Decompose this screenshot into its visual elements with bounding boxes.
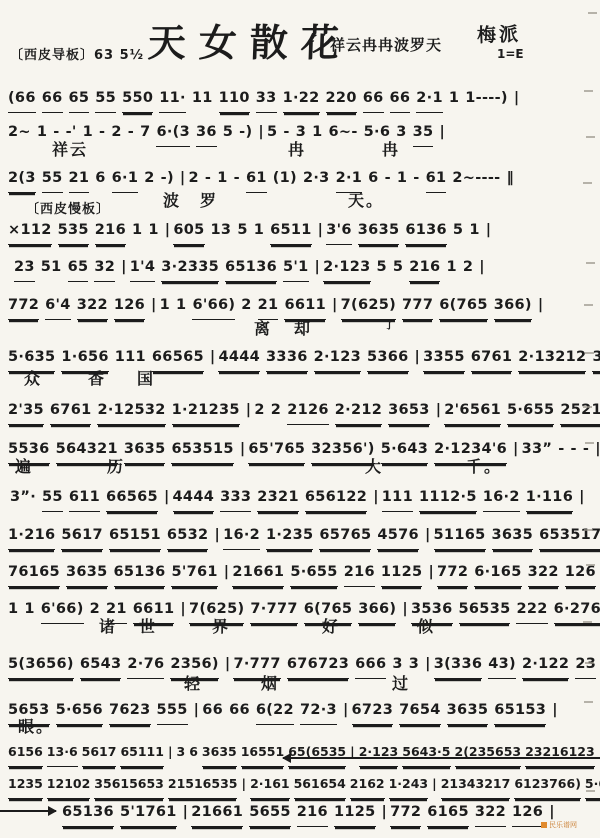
note-group: 550 <box>122 86 153 113</box>
notation-line: 2(3552166·12-)|2-1-61(1)2·32·16-1-612~--… <box>8 166 517 193</box>
note-group: 6123766) <box>514 772 581 799</box>
note-group: 6532 <box>167 523 209 550</box>
note: 6 <box>95 166 105 192</box>
note-group: 5·655 <box>585 772 600 799</box>
note-group: 1125 <box>334 800 376 827</box>
note-group: 3653 <box>388 398 430 425</box>
lyric-char: 过 <box>392 671 410 694</box>
note-group: 2·13212 <box>518 345 586 372</box>
note-group: 65136 <box>225 255 277 282</box>
note-group: 3336 <box>266 345 308 372</box>
notation-line: 761653635651365'761|216615·6552161125|77… <box>8 560 600 587</box>
note-group: 1'4 <box>130 255 156 282</box>
notation-line: 651365'1761|2166156552161125|77261653221… <box>62 800 558 827</box>
note-group: 216 <box>297 800 328 827</box>
lyric-char: 罗 <box>200 188 218 211</box>
note: - <box>583 437 589 463</box>
note: - <box>413 166 419 192</box>
lyric-char: 天。 <box>348 188 384 211</box>
note-group: 66 <box>390 86 411 113</box>
scan-artifact <box>584 304 593 306</box>
barline: | <box>183 800 189 826</box>
barline: | <box>241 772 246 798</box>
note-group: 66565 <box>152 345 204 372</box>
note: 5 <box>267 120 277 146</box>
note-group: 366) <box>494 293 532 320</box>
note: 1 <box>24 597 34 623</box>
lyric-char: 国 <box>137 366 155 389</box>
scan-artifact <box>586 564 595 566</box>
note-group: 3(336 <box>434 652 482 679</box>
barline: | <box>436 398 442 424</box>
note-group: 1112·5 <box>419 485 477 512</box>
note: 1 <box>160 293 170 319</box>
note-group: 65 <box>68 255 89 282</box>
note-group: 23216123 <box>525 740 595 767</box>
note: 33” <box>522 437 553 463</box>
barline: | <box>318 218 324 244</box>
note: 11 <box>192 86 213 112</box>
note-group: 55 <box>42 485 63 512</box>
barline: | <box>240 437 246 463</box>
note-group: 535 <box>58 218 89 245</box>
note-group: 3635 <box>124 437 166 464</box>
barline: | <box>402 597 408 623</box>
note-group: 322 <box>475 800 506 827</box>
note-group: 4576 <box>377 523 419 550</box>
note-group: 322 <box>528 560 559 587</box>
note-group: 2·122 <box>522 652 569 679</box>
barline: | <box>164 485 170 511</box>
lyric-char: 祥云 <box>52 137 88 160</box>
lyric-char: 界 <box>212 614 230 637</box>
lyric-char: 眼。 <box>18 714 54 737</box>
barline: | <box>538 293 544 319</box>
note-group: 216 <box>409 255 440 282</box>
barline: | <box>168 740 173 766</box>
arrow-right <box>0 810 56 812</box>
barline: | <box>194 698 200 724</box>
note: 2 <box>189 166 199 192</box>
note-group: 2(3 <box>8 166 36 193</box>
note-group: 5366 <box>367 345 409 372</box>
note-group: 2162 <box>350 772 385 799</box>
note-group: 6761 <box>50 398 92 425</box>
note: 1 <box>312 120 322 146</box>
notation-line: 7726'4322126|116'66)2216611|7(625)7776(7… <box>8 293 546 320</box>
note-group: 6·165 <box>474 560 521 587</box>
note-group: 2(235653 <box>455 740 522 767</box>
note-group: 5617 <box>61 523 103 550</box>
note-group: 220 <box>326 86 357 113</box>
note-group: 7654 <box>399 698 441 725</box>
note-group: 656122 <box>305 485 367 512</box>
notation-line: 1·2165617651516532|16·21·235657654576|51… <box>8 523 600 550</box>
note-group: 5·656 <box>56 698 103 725</box>
note: 7 <box>140 120 150 146</box>
scan-artifact <box>583 182 592 184</box>
note-group: 51165 <box>434 523 486 550</box>
note: 3”· <box>10 485 36 511</box>
barline: | <box>425 652 431 678</box>
note-group: 6(765 <box>439 293 487 320</box>
note-group: 3635 <box>492 523 534 550</box>
key-signature: 1=E <box>497 47 524 61</box>
note-group: 21661 <box>232 560 284 587</box>
note-group: 2·123 <box>314 345 361 372</box>
note-group: 6'66) <box>192 293 235 320</box>
scan-artifact <box>585 442 594 444</box>
lyric-char: 波 <box>163 188 181 211</box>
notation-line: 5(3656)65432·762356)|7·77767672366633|3(… <box>8 652 600 679</box>
barline: | <box>425 523 431 549</box>
barline: | <box>514 86 520 112</box>
scan-artifact <box>583 621 592 623</box>
note: 1 <box>254 218 264 244</box>
barline: | <box>350 740 355 766</box>
note-group: 5(3656) <box>8 652 74 679</box>
lyric-char: 千。 <box>466 454 502 477</box>
note: 2 <box>241 293 251 319</box>
note-group: 2·12532 <box>97 398 165 425</box>
note-group: 65 <box>69 86 90 113</box>
scan-artifact <box>586 136 595 138</box>
note-group: 11· <box>159 86 186 113</box>
note: 1 <box>176 293 186 319</box>
note-group: 3355 <box>423 345 465 372</box>
note-group: 3·2335 <box>161 255 219 282</box>
note-group: 16551 <box>241 740 285 767</box>
note: 66 <box>202 698 223 724</box>
note-group: 333 <box>220 485 251 512</box>
notation-line: 56535·6567623555|66666(2272·3|6723765436… <box>8 698 561 725</box>
lyric-char: 烟 <box>261 671 279 694</box>
note-group: 23 <box>575 652 596 679</box>
scan-artifact <box>585 662 594 664</box>
note: 1 <box>148 218 158 244</box>
barline: | <box>214 523 220 549</box>
note-group: ×112 <box>8 218 52 245</box>
notation-line: 615613·6561765111|3636351655165(6535|2·1… <box>8 740 600 767</box>
note: 5 <box>237 218 247 244</box>
barline: | <box>579 485 585 511</box>
note-group: 6·(3 <box>156 120 190 147</box>
note-group: 6156 <box>8 740 43 767</box>
note-group: 2'35 <box>8 398 44 425</box>
note: 1 <box>469 218 479 244</box>
note-group: 1·21235 <box>172 398 240 425</box>
note-group: 605 <box>173 218 204 245</box>
note-group: 772 <box>8 293 39 320</box>
note-group: 65136 <box>62 800 114 827</box>
note-group: 3635 <box>358 218 400 245</box>
note-group: 1·216 <box>8 523 55 550</box>
note-group: 611 <box>69 485 100 512</box>
note-group: 222 <box>516 597 547 624</box>
note-group: 21516535 <box>168 772 238 799</box>
barline: | <box>165 218 171 244</box>
note: 2~ <box>8 120 31 146</box>
note-group: 13·6 <box>47 740 78 767</box>
note-group: 35 <box>413 120 434 147</box>
scan-artifact <box>584 90 593 92</box>
note-group: 6543 <box>80 652 122 679</box>
lyric-char: 大 <box>365 454 383 477</box>
note-group: 110 <box>219 86 250 113</box>
note: - <box>571 437 577 463</box>
note-group: 6511 <box>270 218 312 245</box>
note: 6~- <box>329 120 358 146</box>
note-group: 32 <box>94 255 115 282</box>
note-group: 653515 <box>171 437 233 464</box>
barline: | <box>246 398 252 424</box>
note: - <box>558 437 564 463</box>
note: 2 <box>111 120 121 146</box>
note-group: 66565 <box>106 485 158 512</box>
barline: | <box>225 652 231 678</box>
note: - <box>99 120 105 146</box>
note-group: 65765 <box>319 523 371 550</box>
notation-line: 2'3567612·125321·21235|2221262·2123653|2… <box>8 398 600 425</box>
lyric-char: 冉 <box>382 137 400 160</box>
barline: | <box>382 800 388 826</box>
note-group: 6761 <box>471 345 513 372</box>
note-group: 2·161 <box>250 772 290 799</box>
note: 2 <box>271 398 281 424</box>
lyric-char: 一 <box>365 614 383 637</box>
note-group: 65153 <box>494 698 546 725</box>
note-group: 216 <box>95 218 126 245</box>
notation-line: 23516532|1'43·2335651365'1|2·1235521612| <box>14 255 488 282</box>
note-group: 36 <box>196 120 217 147</box>
lyric-char: 众 <box>24 366 42 389</box>
note: - <box>234 166 240 192</box>
note-group: 2·123 <box>359 740 399 767</box>
arrow-left <box>283 757 600 759</box>
lyric-char: 似 <box>417 614 435 637</box>
note-group: 777 <box>402 293 433 320</box>
note: 3 <box>177 740 186 766</box>
page-title: 天女散花 <box>147 12 353 67</box>
note: 2~---- <box>452 166 500 192</box>
note-group: 2·76 <box>127 652 164 679</box>
note: 1----) <box>465 86 508 112</box>
note-group: 5'761 <box>171 560 217 587</box>
arrowhead-icon <box>282 753 291 763</box>
barline: | <box>180 597 186 623</box>
note: 1 <box>132 218 142 244</box>
note-group: 21661 <box>191 800 243 827</box>
note-group: 1·22 <box>283 86 320 113</box>
note-group: 4444 <box>173 485 215 512</box>
note: 13 <box>211 218 232 244</box>
note-group: 5'1 <box>283 255 309 282</box>
note: - <box>385 166 391 192</box>
note-group: 1·116 <box>526 485 573 512</box>
barline: | <box>332 293 338 319</box>
note: (1) <box>273 166 297 192</box>
notation-line: 3”·5561166565|44443332321656122|1111112·… <box>10 485 588 512</box>
note-group: 72·3 <box>300 698 337 725</box>
note: 2 <box>144 166 154 192</box>
note-group: 61 <box>426 166 447 193</box>
note-group: 1·243 <box>389 772 429 799</box>
note-group: 772 <box>390 800 421 827</box>
note-group: 216 <box>344 560 375 587</box>
scan-artifact <box>585 352 594 354</box>
note-group: 322 <box>77 293 108 320</box>
note: - <box>128 120 134 146</box>
note-group: 5'1761 <box>120 800 177 827</box>
barline: | <box>224 560 230 586</box>
note-group: 65'765 <box>248 437 305 464</box>
barline: | <box>210 345 216 371</box>
note: 1 <box>37 120 47 146</box>
note-group: 6'66) <box>41 597 84 624</box>
note: 1 <box>8 597 18 623</box>
barline: | <box>343 698 349 724</box>
score-page: 〔西皮导板〕63 5½ 天女散花 祥云冉冉波罗天 梅派 1=E 〔西皮慢板〕 (… <box>0 0 600 838</box>
note-group: 676723 <box>287 652 349 679</box>
school-label: 梅派 <box>477 19 522 48</box>
note-group: 6'4 <box>45 293 71 320</box>
arrowhead-icon <box>48 806 57 816</box>
note-group: 2126 <box>287 398 329 425</box>
barline: ‖ <box>507 166 515 192</box>
note-group: 6(22 <box>256 698 294 725</box>
note-group: 5655 <box>249 800 291 827</box>
note-group: 66 <box>42 86 63 113</box>
note-group: 1125 <box>381 560 423 587</box>
notation-line: 55365643213635653515|65'76532356')5·6432… <box>8 437 600 464</box>
note-group: 653517 <box>539 523 600 550</box>
barline: | <box>151 293 157 319</box>
barline: | <box>479 255 485 281</box>
watermark-icon <box>541 822 547 828</box>
note: 1 <box>446 255 456 281</box>
note-group: 555 <box>157 698 188 725</box>
note-group: 55 <box>95 86 116 113</box>
note-group: 6165 <box>427 800 469 827</box>
scan-artifact <box>583 406 592 408</box>
lyric-char: 冉 <box>288 137 306 160</box>
note: 2 <box>463 255 473 281</box>
note-group: 126 <box>114 293 145 320</box>
barline: | <box>486 218 492 244</box>
note-group: 5·643 <box>381 437 428 464</box>
note-group: 16·2 <box>483 485 520 512</box>
barline: | <box>432 772 437 798</box>
lyric-char: 了 <box>384 316 397 332</box>
barline: | <box>595 437 600 463</box>
note-group: 76165 <box>8 560 60 587</box>
watermark: 民乐谱网 <box>541 820 577 830</box>
note-group: 12102 <box>47 772 91 799</box>
note: 1 <box>449 86 459 112</box>
note-group: 2·212 <box>335 398 382 425</box>
barline: | <box>373 485 379 511</box>
note-group: 65151 <box>109 523 161 550</box>
scan-artifact <box>584 701 593 703</box>
barline: | <box>439 120 445 146</box>
note: 66 <box>229 698 250 724</box>
note-group: 6·1 <box>112 166 139 193</box>
note: 5 <box>453 218 463 244</box>
lyric-char: 离 <box>254 316 272 339</box>
notation-line: 1235121023561565321516535|2·161561654216… <box>8 772 600 799</box>
note-group: 111 <box>382 485 413 512</box>
note-group: 126 <box>512 800 543 827</box>
note: 1 <box>217 166 227 192</box>
note: 2 <box>254 398 264 424</box>
note-group: 65(6535 <box>288 740 346 767</box>
note-group: 6·276 <box>554 597 600 624</box>
note-group: 5·655 <box>507 398 554 425</box>
note-group: 3635 <box>66 560 108 587</box>
note-group: 35615653 <box>94 772 164 799</box>
note-group: 55 <box>42 166 63 193</box>
note-group: 21343217 <box>441 772 511 799</box>
barline: | <box>552 698 558 724</box>
aria-subtitle: 祥云冉冉波罗天 <box>330 34 442 55</box>
lyric-char: 诸 <box>99 614 117 637</box>
barline: | <box>428 560 434 586</box>
note-group: 21 <box>69 166 90 193</box>
note-group: 7·777 <box>250 597 297 624</box>
note-group: 5643·5 <box>402 740 450 767</box>
barline: | <box>415 345 421 371</box>
barline: | <box>513 437 519 463</box>
note-group: 43) <box>488 652 516 679</box>
notation-line: 116'66)2216611|7(625)7·7776(765366)|3536… <box>8 597 600 624</box>
note-group: 3·255 <box>592 345 600 372</box>
note-group: 1235 <box>8 772 43 799</box>
note-group: 4444 <box>218 345 260 372</box>
note-group: 6136 <box>405 218 447 245</box>
lyric-char: 却 <box>294 316 312 339</box>
note: 6 <box>189 740 198 766</box>
note-group: 7623 <box>109 698 151 725</box>
lyric-char: 历 <box>107 454 125 477</box>
note-group: 3'6 <box>326 218 352 245</box>
note: 51 <box>41 255 62 281</box>
lyric-char: 世 <box>139 614 157 637</box>
notation-line: (6666655555011·11110331·2222066662·111--… <box>8 86 522 113</box>
scan-artifact <box>588 12 597 14</box>
note-group: 2·123 <box>323 255 370 282</box>
note: 3 <box>409 652 419 678</box>
note-group: 16·2 <box>223 523 260 550</box>
barline: | <box>258 120 264 146</box>
lyric-char: 好 <box>322 614 340 637</box>
scan-artifact <box>586 262 595 264</box>
note-group: 33 <box>256 86 277 113</box>
watermark-text: 民乐谱网 <box>549 820 577 830</box>
note-group: 5617 <box>82 740 117 767</box>
note-group: 2·1 <box>416 86 443 113</box>
note-group: 2'6561 <box>444 398 501 425</box>
note: 5 <box>223 120 233 146</box>
note-group: 6723 <box>352 698 394 725</box>
note-group: 2321 <box>257 485 299 512</box>
note-group: 23 <box>14 255 35 282</box>
note-group: 772 <box>437 560 468 587</box>
scan-artifact <box>586 790 595 792</box>
note: 1 <box>397 166 407 192</box>
note-group: 666 <box>355 652 386 679</box>
note-group: 1·235 <box>266 523 313 550</box>
barline: | <box>121 255 127 281</box>
